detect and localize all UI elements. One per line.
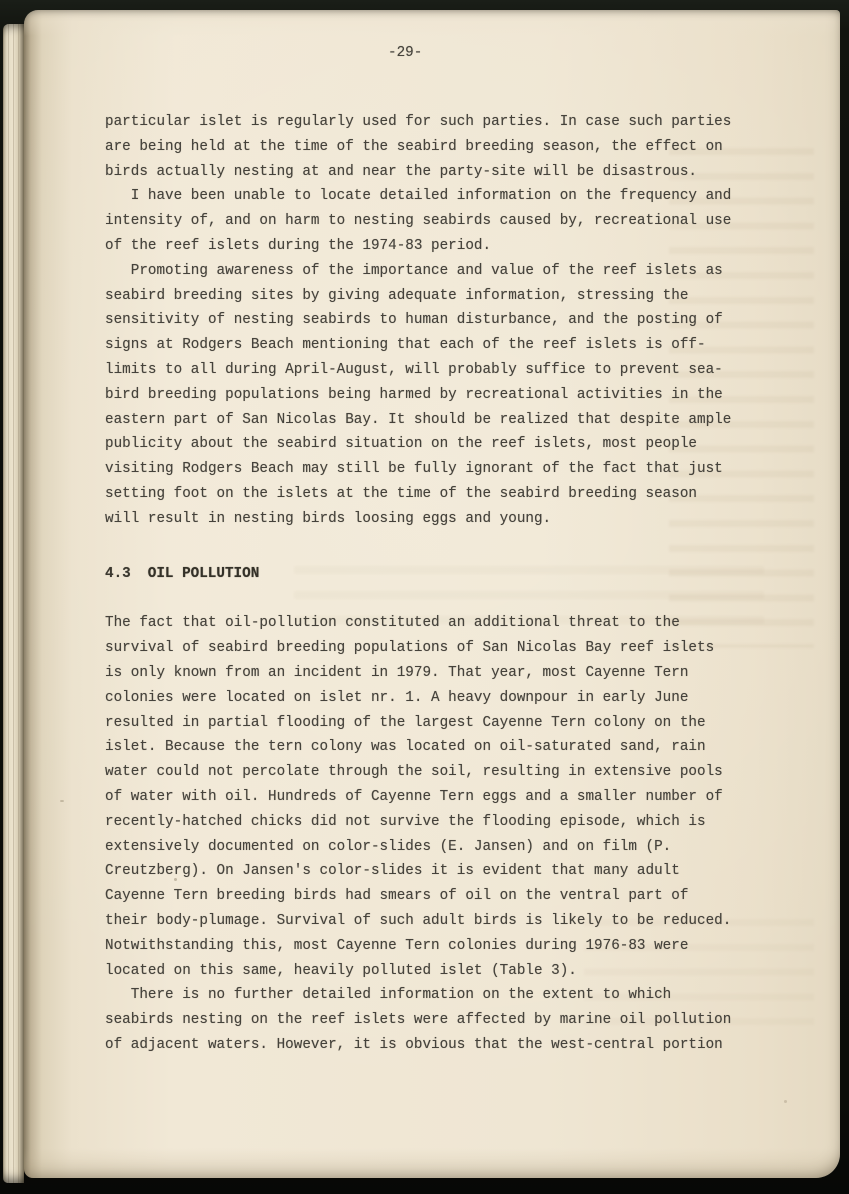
page-number: -29- (388, 41, 422, 66)
page-stack-edge (3, 24, 24, 1183)
paper-speck (60, 800, 64, 802)
section-title: OIL POLLUTION (148, 566, 260, 582)
document-page: -29- particular islet is regularly used … (24, 10, 840, 1178)
paragraph-recreational-use: particular islet is regularly used for s… (105, 110, 753, 532)
scanned-book-photo: -29- particular islet is regularly used … (0, 0, 849, 1194)
page-text-column: particular islet is regularly used for s… (105, 110, 753, 1058)
section-heading: 4.3OIL POLLUTION (105, 562, 753, 587)
section-number: 4.3 (105, 566, 131, 582)
paper-speck (784, 1100, 787, 1103)
paragraph-oil-pollution: The fact that oil-pollution constituted … (105, 611, 753, 1057)
